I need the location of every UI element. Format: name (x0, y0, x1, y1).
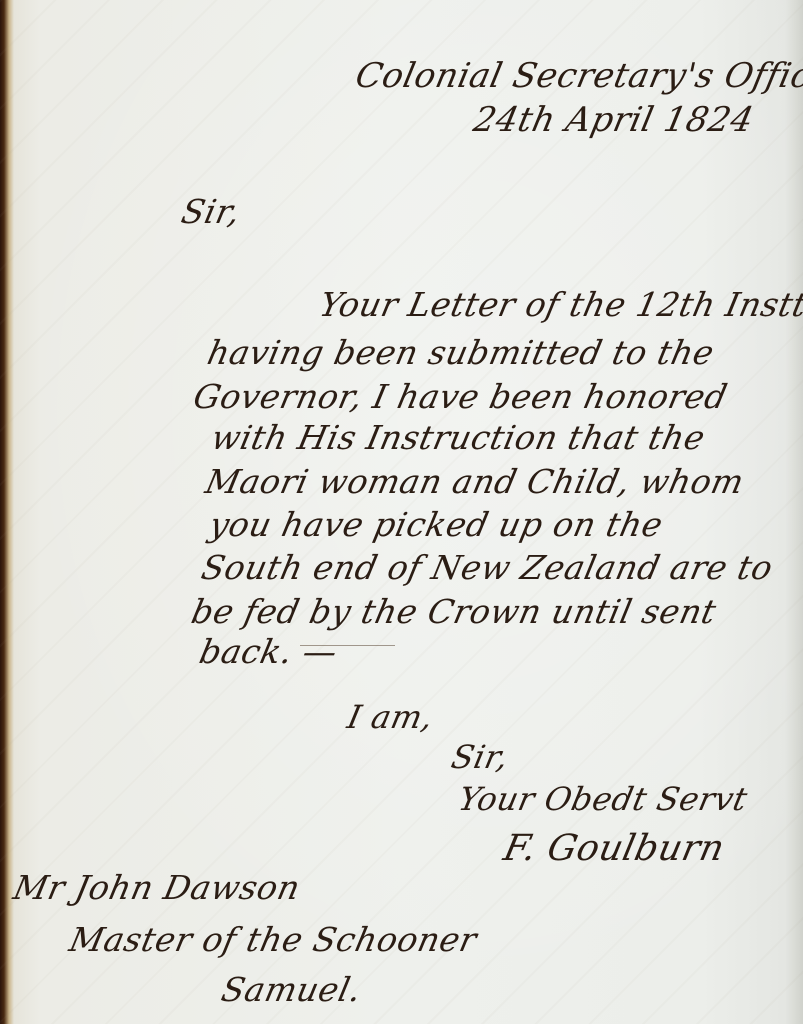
closing-line-1: I am, (344, 698, 437, 736)
body-line-3: Governor, I have been honored (190, 377, 731, 416)
header-date: 24th April 1824 (470, 100, 757, 140)
header-office: Colonial Secretary's Office (352, 56, 803, 96)
addressee-title: Master of the Schooner (66, 920, 480, 959)
body-line-2: having been submitted to the (204, 333, 718, 372)
body-line-4: with His Instruction that the (208, 418, 709, 457)
body-line-1: Your Letter of the 12th Instt (316, 285, 803, 324)
closing-line-2: Sir, (448, 738, 512, 776)
letter-page: Colonial Secretary's Office 24th April 1… (0, 0, 803, 1024)
closing-line-3: Your Obedt Servt (455, 780, 751, 818)
addressee-vessel: Samuel. (218, 970, 365, 1009)
body-line-5: Maori woman and Child, whom (202, 462, 748, 501)
end-rule (300, 645, 395, 646)
signature: F. Goulburn (500, 828, 728, 869)
body-line-8: be fed by the Crown until sent (188, 592, 720, 631)
body-line-7: South end of New Zealand are to (198, 548, 776, 587)
salutation: Sir, (178, 192, 244, 231)
body-line-6: you have picked up on the (206, 505, 666, 544)
body-line-9: back. — (196, 632, 341, 671)
addressee-name: Mr John Dawson (10, 868, 304, 907)
